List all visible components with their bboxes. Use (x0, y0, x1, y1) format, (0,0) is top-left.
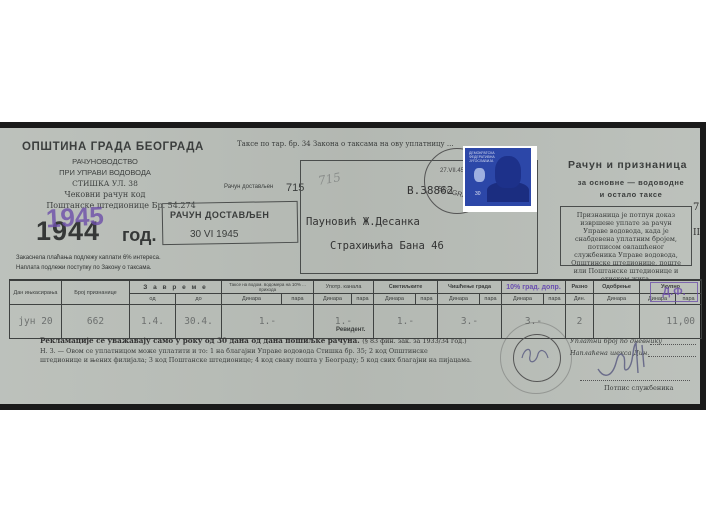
col-header-dinara: Динара (502, 294, 544, 305)
issuer-line: РАЧУНОВОДСТВО (30, 157, 180, 166)
postage-value: 30 (475, 191, 481, 197)
side-mark: II (693, 228, 700, 238)
approval-stamp: Д.Ф. (650, 282, 698, 302)
signature-icon (590, 333, 660, 383)
col-header-para: пара (416, 294, 438, 305)
delivery-stamp-text: РАЧУН ДОСТАВЉЕН (170, 210, 269, 220)
col-header-receipt-no: Број признанице (62, 280, 130, 305)
complaint-text: Рекламације се уважавају само у року од … (40, 336, 360, 345)
cell-to: 30.4. (176, 305, 222, 339)
col-header-para: пара (282, 294, 314, 305)
revident-label: Ревидент. (336, 327, 365, 333)
col-header-approved: Одобрење (594, 280, 640, 294)
collection-note: Наплата подлежи поступку по Закону о так… (16, 265, 151, 271)
col-header-from: од (130, 294, 176, 305)
portrait-icon (495, 156, 521, 188)
receipt-subtitle: и остало таксе (566, 190, 696, 199)
col-header-din-short: Дин. (566, 294, 594, 305)
col-header-sewer: Употр. канала (314, 280, 374, 294)
postmark-date: 27.VII.45 (440, 168, 464, 174)
col-header-day: Дан ињкасирања (10, 280, 62, 305)
issuer-line: ПРИ УПРАВИ ВОДОВОДА (30, 168, 180, 177)
cell-sewer: 1.- (314, 305, 374, 339)
delivery-label: Рачун достављен (224, 184, 273, 190)
cell-lighting: 1.- (374, 305, 438, 339)
complaint-notice: Рекламације се уважавају само у року од … (40, 336, 467, 345)
col-header-water-meter-tax: Таксе на водом. водомера на 10% ... прих… (222, 280, 314, 294)
cell-cleaning: 3.- (438, 305, 502, 339)
interest-note: Закаснела плаћања подлежу каплати 6% инт… (16, 255, 161, 261)
col-header-to: до (176, 294, 222, 305)
receipt-subtitle: за основне — водоводне (566, 178, 696, 187)
recipient-street: Страхињића Бана 46 (330, 240, 444, 252)
issuer-title: ОПШТИНА ГРАДА БЕОГРАДА (22, 141, 204, 153)
payment-note-2: штедионице и њених филијала; 3 код Пошта… (40, 356, 472, 364)
document-frame: ОПШТИНА ГРАДА БЕОГРАДА РАЧУНОВОДСТВО ПРИ… (0, 122, 706, 410)
signature-label: Потпис службеника (604, 384, 674, 392)
cell-day: јун 20 (10, 305, 62, 339)
receipt-title: Рачун и признаница (568, 159, 687, 171)
delivery-stamp-date: 30 VI 1945 (190, 229, 238, 240)
receipt-notice-box: Признаница је потпун доказ извршене упла… (560, 206, 692, 266)
col-header-para: пара (352, 294, 374, 305)
col-header-dinara: Динара (374, 294, 416, 305)
water-bill-receipt: ОПШТИНА ГРАДА БЕОГРАДА РАЧУНОВОДСТВО ПРИ… (0, 128, 700, 404)
col-header-dinara: Динара (222, 294, 282, 305)
year-suffix: год. (122, 225, 156, 246)
payment-note-1: Н. З. — Овом се уплатницом може уплатити… (40, 347, 428, 355)
col-header-misc: Разно (566, 280, 594, 294)
year-stamp-overprint: 1945 (45, 201, 104, 235)
postage-country: ДЕМОКРАТСКА ФЕДЕРАТИВНА ЈУГОСЛАВИЈА (469, 151, 495, 163)
cell-receipt-no: 662 (62, 305, 130, 339)
seal-handwriting-icon (518, 340, 554, 370)
col-header-para: пара (544, 294, 566, 305)
cell-water-meter-tax: 1.- (222, 305, 314, 339)
recipient-name: Пауновић Ж.Десанка (306, 216, 420, 228)
col-header-lighting: Светиљките (374, 280, 438, 294)
emblem-icon (474, 168, 485, 182)
postage-stamp-image: ДЕМОКРАТСКА ФЕДЕРАТИВНА ЈУГОСЛАВИЈА 30 (465, 148, 531, 206)
cell-from: 1.4. (130, 305, 176, 339)
postage-stamp: ДЕМОКРАТСКА ФЕДЕРАТИВНА ЈУГОСЛАВИЈА 30 (463, 146, 537, 212)
col-header-period: З а в р е м е (130, 280, 222, 294)
side-mark: 7 (693, 202, 699, 213)
col-header-dinara: Динара (594, 294, 640, 305)
col-header-dinara: Динара (314, 294, 352, 305)
issuer-line: Чековни рачун код (30, 190, 180, 199)
tax-note: Таксе по тар. бр. 34 Закона о таксама на… (237, 140, 454, 148)
col-header-city-surcharge: 10% град. допр. (502, 280, 566, 294)
complaint-reference: (§ 83 фин. зак. за 1933/34 год.) (362, 337, 466, 345)
col-header-para: пара (480, 294, 502, 305)
col-header-cleaning: Чишћење града (438, 280, 502, 294)
issuer-line: СТИШКА УЛ. 38 (30, 179, 180, 188)
col-header-dinara: Динара (438, 294, 480, 305)
